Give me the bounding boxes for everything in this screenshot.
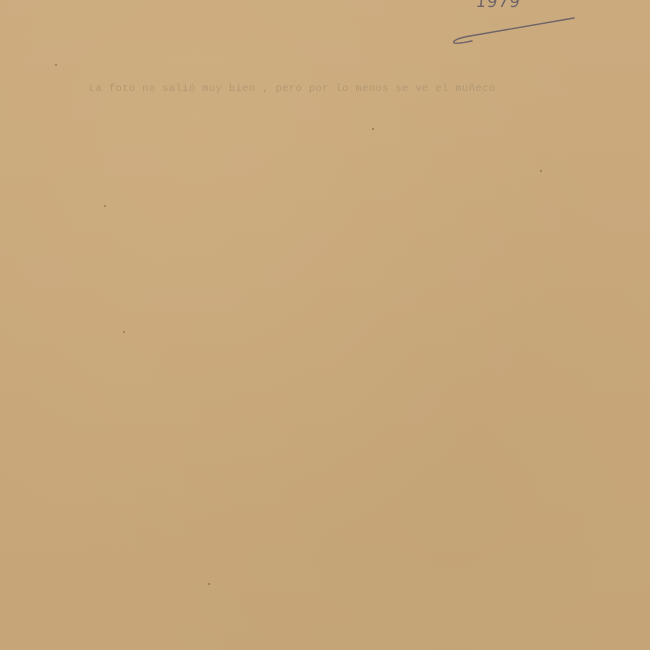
paper-speck	[540, 170, 542, 172]
paper-speck	[55, 64, 57, 66]
paper-speck	[208, 583, 210, 585]
handwritten-date-mark: 1979	[475, 0, 522, 11]
paper-speck	[123, 331, 125, 333]
pen-underline-stroke	[450, 14, 580, 48]
paper-speck	[104, 205, 106, 207]
paper-background	[0, 0, 650, 650]
paper-speck	[372, 128, 374, 130]
typed-caption: La foto no salió muy bien , pero por lo …	[89, 84, 495, 95]
